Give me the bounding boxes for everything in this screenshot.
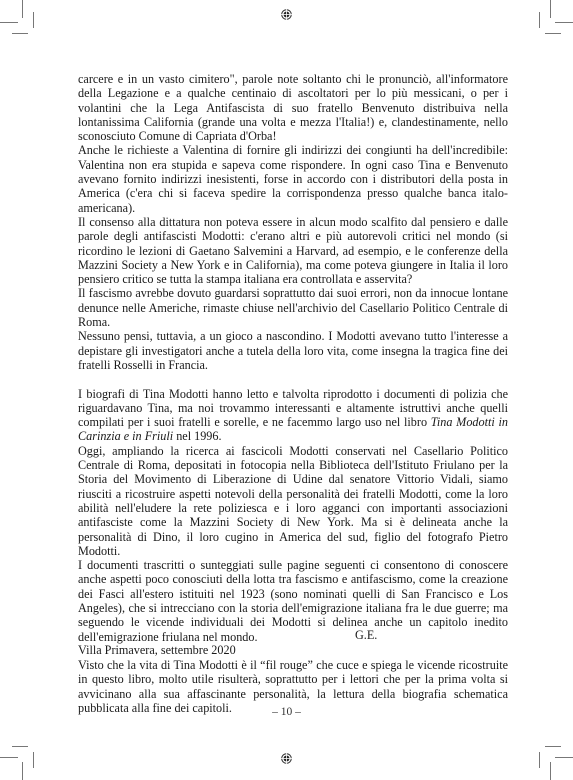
crop-mark — [33, 752, 34, 768]
crop-mark — [555, 22, 573, 23]
signature: G.E. — [355, 628, 377, 643]
crop-mark — [539, 752, 540, 768]
registration-mark-icon — [281, 753, 292, 764]
paragraph: Oggi, ampliando la ricerca ai fascicoli … — [78, 444, 508, 558]
paragraph: Nessuno pensi, tuttavia, a un gioco a na… — [78, 329, 508, 372]
crop-mark — [555, 757, 573, 758]
paragraph: Il fascismo avrebbe dovuto guardarsi sop… — [78, 286, 508, 329]
crop-mark — [0, 22, 18, 23]
crop-mark — [12, 746, 28, 747]
document-page: carcere e in un vasto cimitero", parole … — [0, 0, 573, 780]
registration-mark-icon — [281, 9, 292, 20]
paragraph-biografi: I biografi di Tina Modotti hanno letto e… — [78, 387, 508, 444]
crop-mark — [22, 762, 23, 780]
paragraph: Anche le richieste a Valentina di fornir… — [78, 143, 508, 214]
crop-mark — [12, 33, 28, 34]
crop-mark — [550, 0, 551, 18]
page-number: – 10 – — [0, 706, 573, 718]
paragraph: Il consenso alla dittatura non poteva es… — [78, 215, 508, 286]
crop-mark — [539, 12, 540, 28]
crop-mark — [33, 12, 34, 28]
body-text: carcere e in un vasto cimitero", parole … — [78, 72, 508, 715]
place-date: Villa Primavera, settembre 2020 — [78, 643, 236, 658]
text-span: nel 1996. — [173, 429, 221, 443]
crop-mark — [0, 757, 18, 758]
paragraph: carcere e in un vasto cimitero", parole … — [78, 72, 508, 143]
crop-mark — [22, 0, 23, 18]
crop-mark — [545, 33, 561, 34]
crop-mark — [545, 746, 561, 747]
crop-mark — [550, 762, 551, 780]
paragraph: I documenti trascritti o sunteggiati sul… — [78, 558, 508, 644]
